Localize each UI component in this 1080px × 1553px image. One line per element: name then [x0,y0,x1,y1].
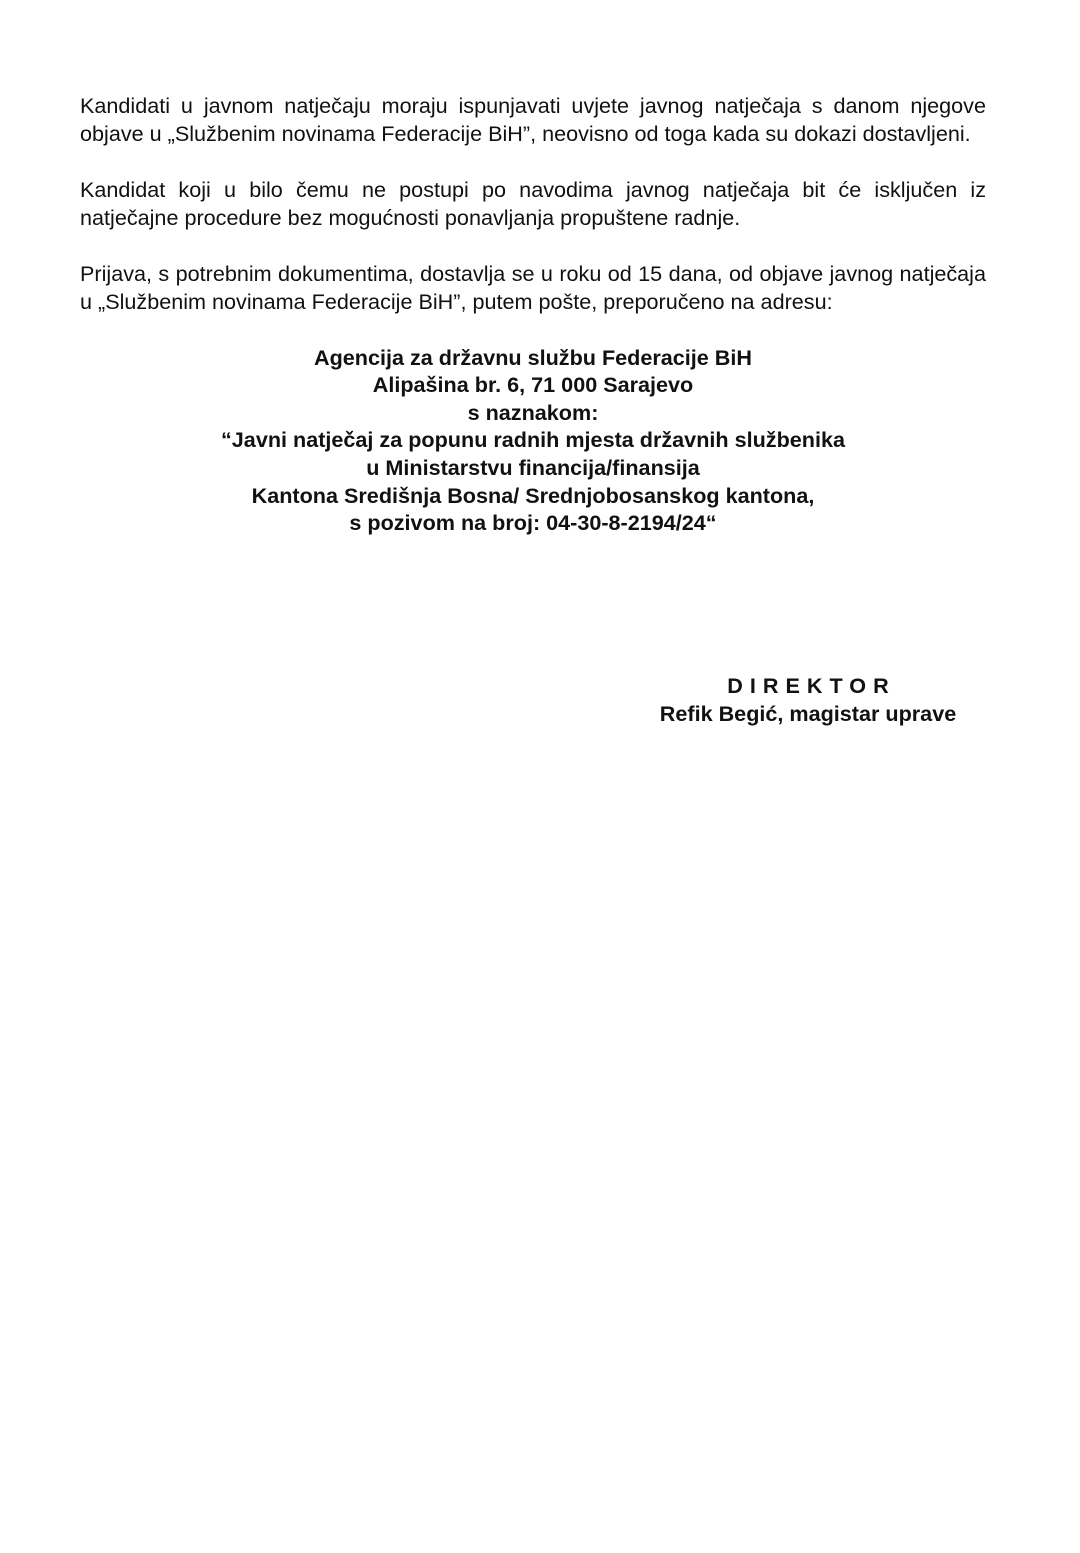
paragraph-eligibility: Kandidati u javnom natječaju moraju ispu… [80,92,986,147]
signature-title: DIREKTOR [640,672,976,700]
paragraph-submission: Prijava, s potrebnim dokumentima, dostav… [80,260,986,315]
address-agency: Agencija za državnu službu Federacije Bi… [80,344,986,372]
address-marking-line-1: “Javni natječaj za popunu radnih mjesta … [80,426,986,454]
mailing-address-block: Agencija za državnu službu Federacije Bi… [80,344,986,537]
document-page: Kandidati u javnom natječaju moraju ispu… [80,92,986,537]
address-marking-label: s naznakom: [80,399,986,427]
address-marking-line-2: u Ministarstvu financija/finansija [80,454,986,482]
paragraph-exclusion: Kandidat koji u bilo čemu ne postupi po … [80,176,986,231]
address-marking-line-4: s pozivom na broj: 04-30-8-2194/24“ [80,509,986,537]
address-street: Alipašina br. 6, 71 000 Sarajevo [80,371,986,399]
signature-block: DIREKTOR Refik Begić, magistar uprave [640,672,976,727]
signature-name: Refik Begić, magistar uprave [640,700,976,728]
address-marking-line-3: Kantona Središnja Bosna/ Srednjobosansko… [80,482,986,510]
